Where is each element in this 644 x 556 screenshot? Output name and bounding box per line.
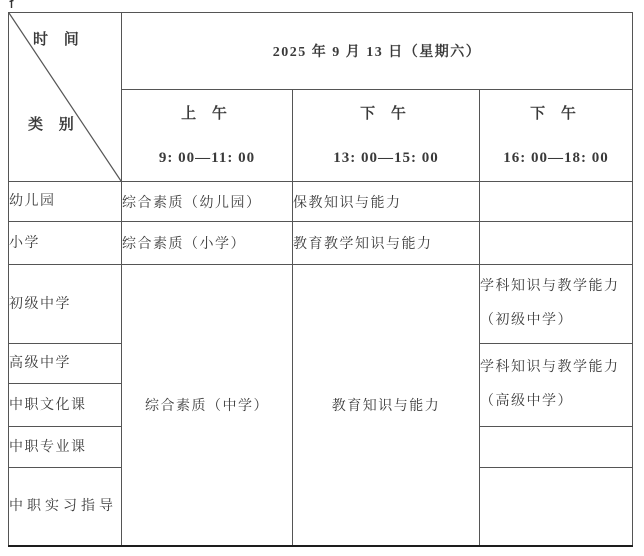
row-kindergarten: 幼儿园 综合素质（幼儿园） 保教知识与能力 xyxy=(9,182,633,222)
subject-kindergarten-afternoon1: 保教知识与能力 xyxy=(293,182,480,222)
row-junior-middle-school: 初级中学 综合素质（中学） 教育知识与能力 学科知识与教学能力（初级中学） xyxy=(9,265,633,344)
subject-secondary-morning-merged: 综合素质（中学） xyxy=(122,265,293,546)
session-header-morning: 上 午 9: 00—11: 00 xyxy=(122,90,293,182)
row-label-kindergarten: 幼儿园 xyxy=(9,182,122,222)
subject-primary-afternoon2-empty xyxy=(480,222,633,265)
row-primary-school: 小学 综合素质（小学） 教育教学知识与能力 xyxy=(9,222,633,265)
row-label-junior-middle-school: 初级中学 xyxy=(9,265,122,344)
date-header-row: 时 间 类 别 2025 年 9 月 13 日（星期六） xyxy=(9,13,633,90)
subject-secondary-afternoon1-merged: 教育知识与能力 xyxy=(293,265,480,546)
row-label-vocational-culture: 中职文化课 xyxy=(9,384,122,427)
row-label-vocational-internship: 中职实习指导 xyxy=(9,468,122,546)
session-header-afternoon-2: 下 午 16: 00—18: 00 xyxy=(480,90,633,182)
page: { "colors": { "background": "#ffffff", "… xyxy=(0,0,644,556)
page-top-mark xyxy=(9,0,15,9)
subject-senior-afternoon2: 学科知识与教学能力（高级中学） xyxy=(480,344,633,427)
subject-primary-afternoon1: 教育教学知识与能力 xyxy=(293,222,480,265)
subject-vocational-specialty-afternoon2-empty xyxy=(480,427,633,468)
subject-primary-morning: 综合素质（小学） xyxy=(122,222,293,265)
session-time-range: 13: 00—15: 00 xyxy=(293,148,479,168)
subject-kindergarten-morning: 综合素质（幼儿园） xyxy=(122,182,293,222)
subject-kindergarten-afternoon2-empty xyxy=(480,182,633,222)
row-label-vocational-specialty: 中职专业课 xyxy=(9,427,122,468)
exam-date-header: 2025 年 9 月 13 日（星期六） xyxy=(122,13,633,90)
session-header-afternoon-1: 下 午 13: 00—15: 00 xyxy=(293,90,480,182)
session-period-label: 下 午 xyxy=(480,104,632,124)
exam-schedule-table: 时 间 类 别 2025 年 9 月 13 日（星期六） 上 午 9: 00—1… xyxy=(8,12,633,547)
row-label-primary-school: 小学 xyxy=(9,222,122,265)
session-period-label: 上 午 xyxy=(122,104,292,124)
row-label-senior-middle-school: 高级中学 xyxy=(9,344,122,384)
session-time-range: 16: 00—18: 00 xyxy=(480,148,632,168)
session-time-range: 9: 00—11: 00 xyxy=(122,148,292,168)
corner-time-label: 时 间 xyxy=(33,28,85,49)
subject-vocational-internship-afternoon2-empty xyxy=(480,468,633,546)
corner-category-label: 类 别 xyxy=(28,113,80,134)
corner-cell: 时 间 类 别 xyxy=(9,13,122,182)
session-period-label: 下 午 xyxy=(293,104,479,124)
subject-junior-afternoon2: 学科知识与教学能力（初级中学） xyxy=(480,265,633,344)
